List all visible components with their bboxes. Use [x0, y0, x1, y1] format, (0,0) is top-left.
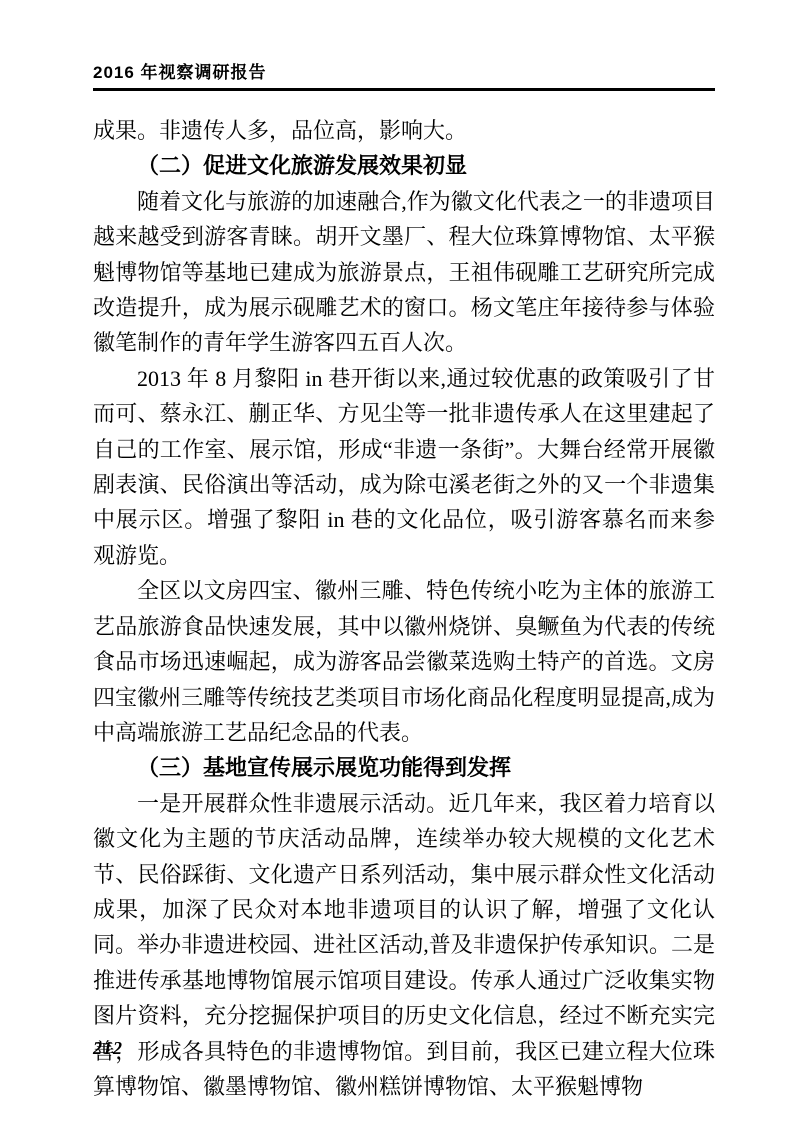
- page-header-title: 2016 年视察调研报告: [93, 62, 715, 84]
- header-rule: [93, 88, 715, 91]
- section-heading-3: （三）基地宣传展示展览功能得到发挥: [93, 750, 715, 785]
- paragraph-exhibition-function: 一是开展群众性非遗展示活动。近几年来，我区着力培育以徽文化为主题的节庆活动品牌，…: [93, 786, 715, 1105]
- section-heading-2: （二）促进文化旅游发展效果初显: [93, 148, 715, 183]
- paragraph-continuation: 成果。非遗传人多，品位高，影响大。: [93, 113, 715, 148]
- paragraph-tourism-fusion: 随着文化与旅游的加速融合,作为徽文化代表之一的非遗项目越来越受到游客青睐。胡开文…: [93, 184, 715, 361]
- page-number: 212: [93, 1038, 123, 1059]
- paragraph-crafts-food: 全区以文房四宝、徽州三雕、特色传统小吃为主体的旅游工艺品旅游食品快速发展，其中以…: [93, 573, 715, 750]
- document-page: 2016 年视察调研报告 成果。非遗传人多，品位高，影响大。 （二）促进文化旅游…: [93, 0, 715, 1104]
- document-body: 成果。非遗传人多，品位高，影响大。 （二）促进文化旅游发展效果初显 随着文化与旅…: [93, 113, 715, 1104]
- paragraph-liyang-in-lane: 2013 年 8 月黎阳 in 巷开街以来,通过较优惠的政策吸引了甘而可、蔡永江…: [93, 361, 715, 573]
